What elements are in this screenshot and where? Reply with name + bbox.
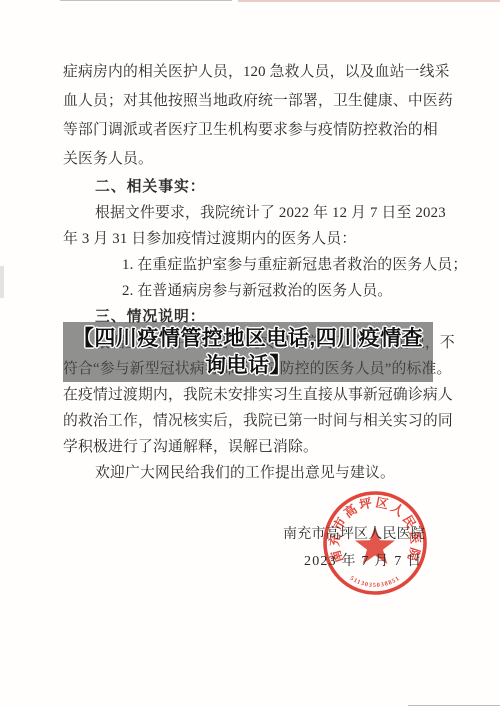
signature-date: 2023 年 7 月 7 日 — [304, 550, 422, 570]
doc-line: 根据文件要求，我院统计了 2022 年 12 月 7 日至 2023 — [63, 200, 435, 226]
scan-artifact-top-left — [60, 0, 232, 1]
doc-line: 血人员；对其他按照当地政府统一部署，卫生健康、中医药 — [63, 87, 435, 116]
doc-line: 关医务人员。 — [63, 145, 435, 174]
scan-artifact-top-right — [238, 0, 500, 2]
document-page: 症病房内的相关医护人员，120 急救人员，以及血站一线采 血人员；对其他按照当地… — [0, 0, 500, 707]
svg-text:5113035038851: 5113035038851 — [349, 575, 402, 589]
document-body: 症病房内的相关医护人员，120 急救人员，以及血站一线采 血人员；对其他按照当地… — [63, 58, 435, 486]
doc-line: 年 3 月 31 日参加疫情过渡期内的医务人员： — [63, 226, 435, 252]
doc-line: 等部门调派或者医疗卫生机构要求参与疫情防控救治的相 — [63, 116, 435, 145]
seal-serial-number: 5113035038851 — [349, 575, 402, 589]
watermark-banner: 【四川疫情管控地区电话,四川疫情查 询电话】 — [63, 322, 433, 382]
official-seal: 南充市高坪区人民医院 5113035038851 — [315, 483, 435, 603]
scan-artifact-edge — [0, 266, 4, 298]
signature-hospital: 南充市高坪区人民医院 — [283, 523, 425, 543]
doc-line: 在疫情过渡期内，我院未安排实习生直接从事新冠确诊病人 — [63, 382, 435, 408]
scan-artifact-bottom — [408, 705, 500, 706]
doc-list-item-2: 2. 在普通病房参与新冠救治的医务人员。 — [63, 278, 435, 304]
section-heading-facts: 二、相关事实： — [63, 174, 435, 200]
watermark-title-line1: 【四川疫情管控地区电话,四川疫情查 — [73, 325, 423, 352]
doc-list-item-1: 1. 在重症监护室参与重症新冠患者救治的医务人员； — [63, 252, 435, 278]
doc-line: 的救治工作，情况核实后，我院已第一时间与相关实习的同 — [63, 408, 435, 434]
doc-line: 症病房内的相关医护人员，120 急救人员，以及血站一线采 — [63, 58, 435, 87]
watermark-title-line2: 询电话】 — [205, 352, 291, 379]
doc-line: 学积极进行了沟通解释，误解已消除。 — [63, 434, 435, 460]
